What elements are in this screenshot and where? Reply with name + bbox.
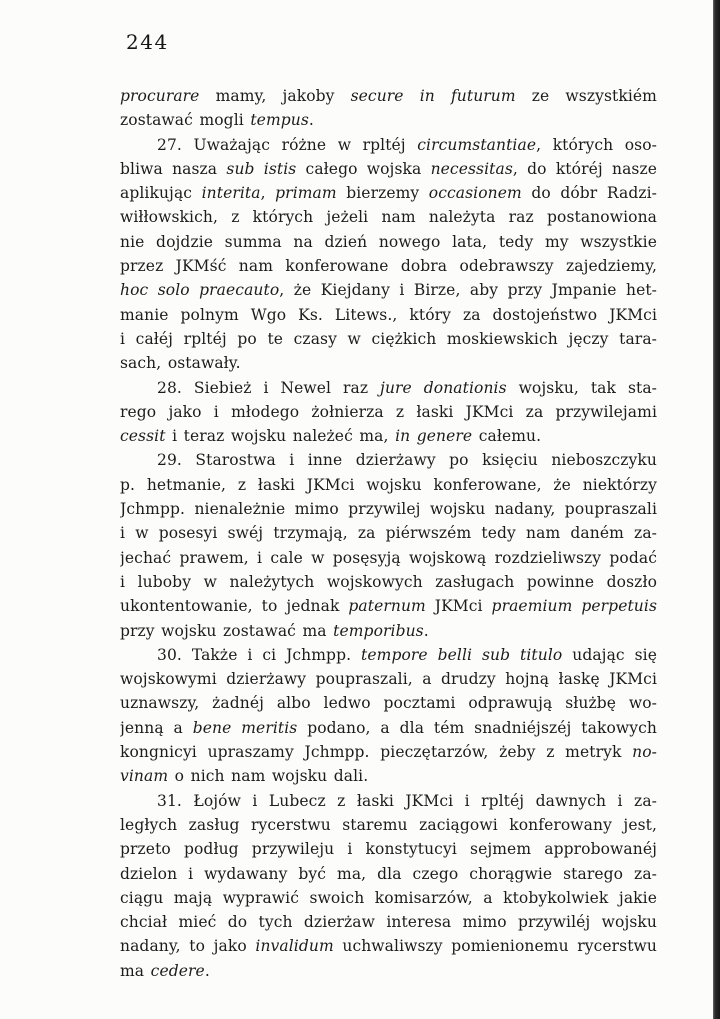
text-line: rego jako i młodego żołnierza z łaski JK… <box>120 400 657 424</box>
text-line: vinam o nich nam wojsku dali. <box>120 764 657 788</box>
text-line: bliwa nasza sub istis całego wojska nece… <box>120 157 657 181</box>
text-line: 29. Starostwa i inne dzierżawy po księci… <box>120 448 657 472</box>
text-line: 31. Łojów i Lubecz z łaski JKMci i rplté… <box>120 789 657 813</box>
text-line: wojskowymi dzierżawy poupraszali, a drud… <box>120 667 657 691</box>
book-page: 244 procurare mamy, jakoby secure in fut… <box>0 0 720 1019</box>
text-line: zostawać mogli tempus. <box>120 108 657 132</box>
text-line: przy wojsku zostawać ma temporibus. <box>120 619 657 643</box>
text-line: ukontentowanie, to jednak paternum JKMci… <box>120 594 657 618</box>
text-line: uznawszy, żadnéj albo ledwo pocztami odp… <box>120 691 657 715</box>
text-line: przeto podług przywileju i konstytucyi s… <box>120 837 657 861</box>
text-line: kongnicyi upraszamy Jchmpp. pieczętarzów… <box>120 740 657 764</box>
text-line: aplikując interita, primam bierzemy occa… <box>120 181 657 205</box>
text-line: 28. Siebież i Newel raz jure donationis … <box>120 376 657 400</box>
text-line: ległych zasług rycerstwu staremu zaciągo… <box>120 813 657 837</box>
text-line: ciągu mają wyprawić swoich komisarzów, a… <box>120 886 657 910</box>
text-line: przez JKMść nam konferowane dobra odebra… <box>120 254 657 278</box>
text-line: i całéj rpltéj po te czasy w ciężkich mo… <box>120 327 657 351</box>
text-line: Jchmpp. nienależnie mimo przywilej wojsk… <box>120 497 657 521</box>
text-line: procurare mamy, jakoby secure in futurum… <box>120 84 657 108</box>
text-line: cessit i teraz wojsku należeć ma, in gen… <box>120 424 657 448</box>
text-line: chciał mieć do tych dzierżaw interesa mi… <box>120 910 657 934</box>
text-line: nie dojdzie summa na dzień nowego lata, … <box>120 230 657 254</box>
text-line: hoc solo praecauto, że Kiejdany i Birze,… <box>120 278 657 302</box>
text-line: sach, ostawały. <box>120 351 657 375</box>
text-line: jechać prawem, i cale w posęsyją wojskow… <box>120 546 657 570</box>
text-line: i luboby w należytych wojskowych zasługa… <box>120 570 657 594</box>
scan-edge-shadow <box>713 0 720 1019</box>
text-line: 27. Uważając różne w rpltéj circumstanti… <box>120 133 657 157</box>
text-line: ma cedere. <box>120 959 657 983</box>
text-line: manie polnym Wgo Ks. Litews., który za d… <box>120 303 657 327</box>
text-block: procurare mamy, jakoby secure in futurum… <box>120 84 657 983</box>
text-line: wiłłowskich, z których jeżeli nam należy… <box>120 205 657 229</box>
text-line: jenną a bene meritis podano, a dla tém s… <box>120 716 657 740</box>
text-line: i w posesyi swéj trzymają, za piérwszém … <box>120 521 657 545</box>
page-number: 244 <box>126 30 169 54</box>
text-line: nadany, to jako invalidum uchwaliwszy po… <box>120 934 657 958</box>
text-line: p. hetmanie, z łaski JKMci wojsku konfer… <box>120 473 657 497</box>
text-line: 30. Także i ci Jchmpp. tempore belli sub… <box>120 643 657 667</box>
text-line: dzielon i wydawany być ma, dla czego cho… <box>120 862 657 886</box>
